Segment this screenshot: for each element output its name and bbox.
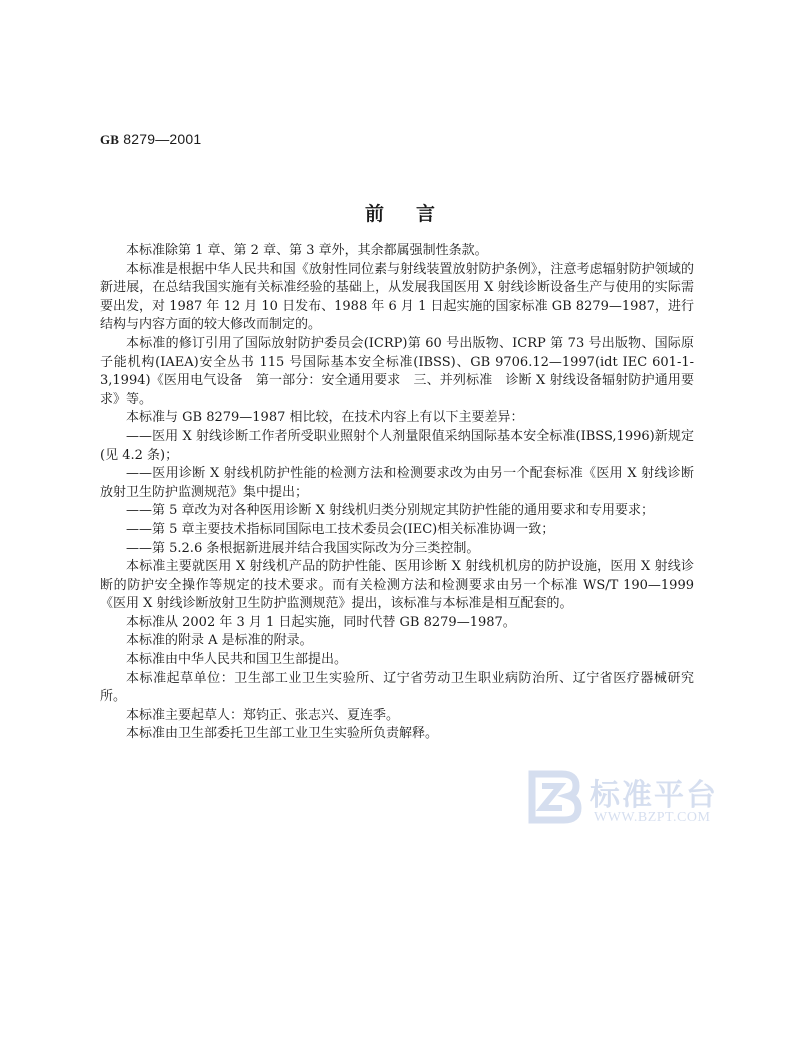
paragraph-effective-date: 本标准从 2002 年 3 月 1 日起实施，同时代替 GB 8279—1987… [100, 614, 694, 633]
paragraph-scope: 本标准主要就医用 X 射线机产品的防护性能、医用诊断 X 射线机机房的防护设施，… [100, 558, 694, 614]
paragraph-mandatory-clauses: 本标准除第 1 章、第 2 章、第 3 章外，其余都属强制性条款。 [100, 242, 694, 261]
paragraph-proposer: 本标准由中华人民共和国卫生部提出。 [100, 651, 694, 670]
standard-number: 8279—2001 [123, 131, 201, 147]
watermark-name: 标准平台 [590, 770, 718, 814]
paragraph-drafting-units: 本标准起草单位：卫生部工业卫生实验所、辽宁省劳动卫生职业病防治所、辽宁省医疗器械… [100, 670, 694, 707]
paragraph-basis: 本标准是根据中华人民共和国《放射性同位素与射线装置放射防护条例》，注意考虑辐射防… [100, 261, 694, 335]
watermark-url: WWW.BZPT.COM [594, 810, 710, 826]
page-title: 前言 [0, 199, 800, 226]
foreword-body: 本标准除第 1 章、第 2 章、第 3 章外，其余都属强制性条款。 本标准是根据… [100, 242, 694, 744]
paragraph-references: 本标准的修订引用了国际放射防护委员会(ICRP)第 60 号出版物、ICRP 第… [100, 335, 694, 409]
difference-item: ——医用 X 射线诊断工作者所受职业照射个人剂量限值采纳国际基本安全标准(IBS… [100, 428, 694, 465]
difference-item: ——第 5 章主要技术指标同国际电工技术委员会(IEC)相关标准协调一致； [100, 521, 694, 540]
paragraph-drafters: 本标准主要起草人：郑钧正、张志兴、夏连季。 [100, 707, 694, 726]
watermark: 标准平台 WWW.BZPT.COM [526, 768, 736, 828]
standard-prefix: GB [100, 132, 119, 147]
difference-item: ——第 5.2.6 条根据新进展并结合我国实际改为分三类控制。 [100, 540, 694, 559]
paragraph-interpretation: 本标准由卫生部委托卫生部工业卫生实验所负责解释。 [100, 725, 694, 744]
standard-code: GB 8279—2001 [100, 131, 201, 148]
paragraph-differences-intro: 本标准与 GB 8279—1987 相比较，在技术内容上有以下主要差异： [100, 409, 694, 428]
paragraph-appendix: 本标准的附录 A 是标准的附录。 [100, 632, 694, 651]
difference-item: ——医用诊断 X 射线机防护性能的检测方法和检测要求改为由另一个配套标准《医用 … [100, 465, 694, 502]
bz-logo-icon [526, 768, 582, 824]
difference-item: ——第 5 章改为对各种医用诊断 X 射线机归类分别规定其防护性能的通用要求和专… [100, 502, 694, 521]
